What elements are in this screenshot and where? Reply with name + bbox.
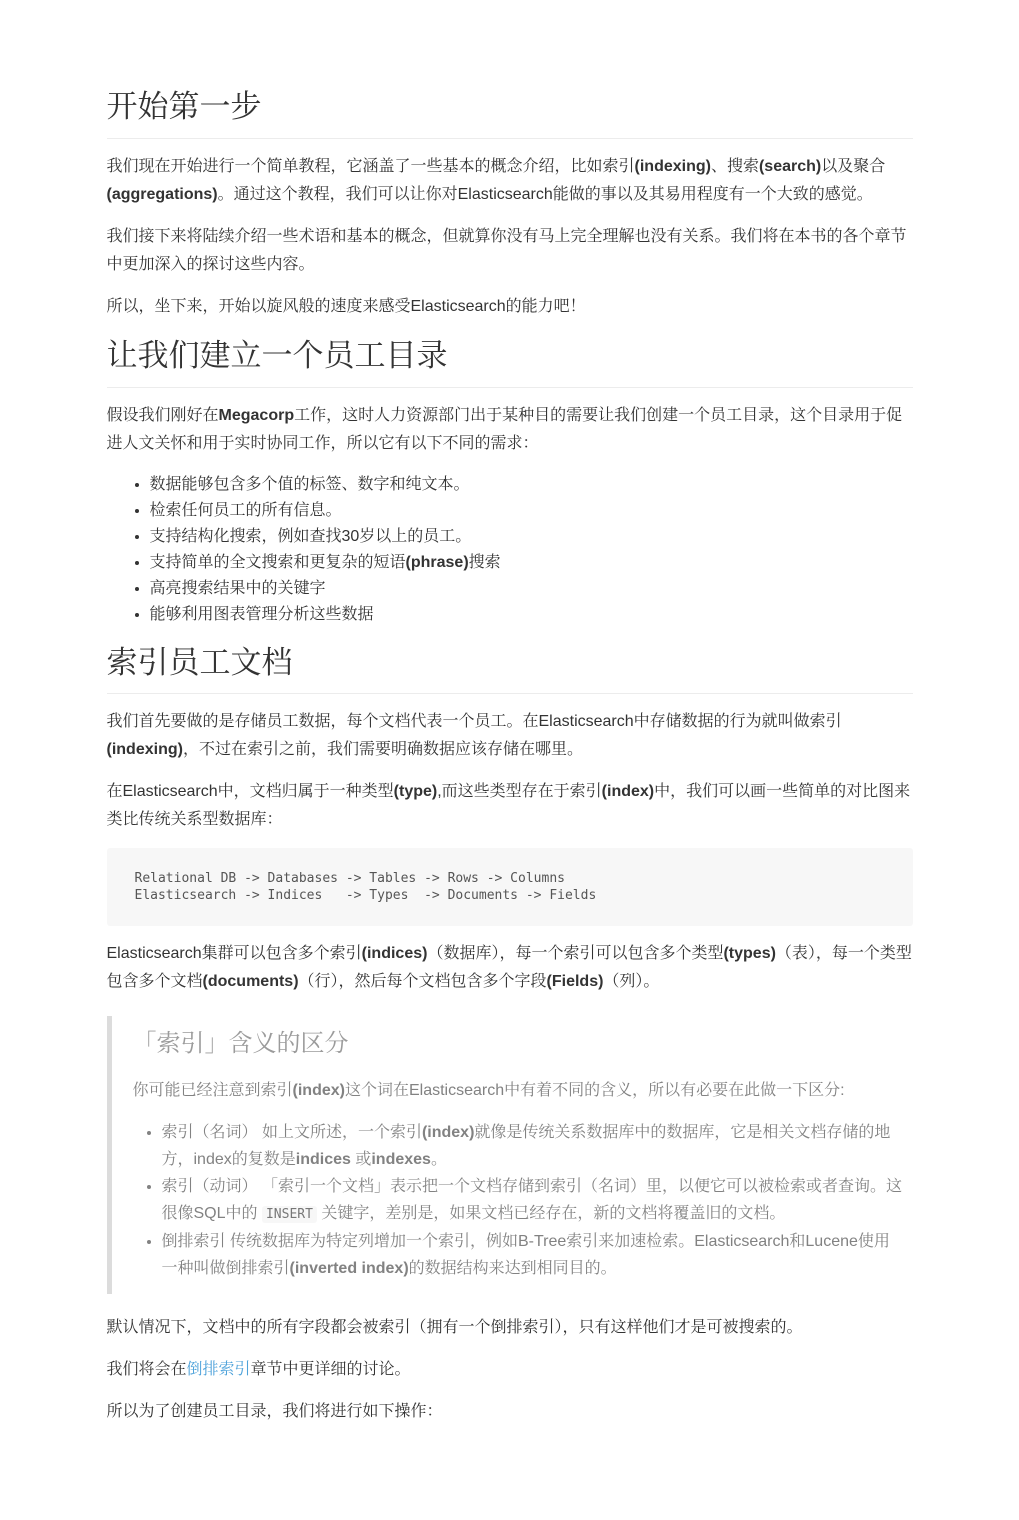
list-item: 能够利用图表管理分析这些数据 — [150, 602, 913, 628]
paragraph-store-employees: 我们首先要做的是存储员工数据，每个文档代表一个员工。在Elasticsearch… — [107, 708, 913, 764]
emphasis-text: (phrase) — [406, 554, 469, 571]
requirements-list: 数据能够包含多个值的标签、数字和纯文本。 检索任何员工的所有信息。 支持结构化搜… — [107, 472, 913, 628]
section-title-employee-directory: 让我们建立一个员工目录 — [107, 337, 913, 388]
section-title-indexing-documents: 索引员工文档 — [107, 644, 913, 695]
code-block: Relational DB -> Databases -> Tables -> … — [107, 848, 913, 926]
emphasis-text: (indexing) — [107, 741, 183, 758]
aside-list: 索引（名词） 如上文所述，一个索引(index)就像是传统关系数据库中的数据库，… — [133, 1119, 903, 1282]
inline-code: INSERT — [262, 1206, 317, 1223]
emphasis-text: (Fields) — [547, 973, 604, 990]
emphasis-text: (inverted index) — [290, 1260, 409, 1277]
emphasis-text: (indexing) — [635, 158, 711, 175]
paragraph-terms: 我们接下来将陆续介绍一些术语和基本的概念，但就算你没有马上完全理解也没有关系。我… — [107, 223, 913, 279]
paragraph-megacorp: 假设我们刚好在Megacorp工作，这时人力资源部门出于某种目的需要让我们创建一… — [107, 402, 913, 458]
emphasis-text: (index) — [422, 1124, 474, 1141]
emphasis-text: (documents) — [203, 973, 299, 990]
paragraph-sit-back: 所以，坐下来，开始以旋风般的速度来感受Elasticsearch的能力吧！ — [107, 293, 913, 321]
page-title: 开始第一步 — [107, 88, 913, 139]
list-item: 索引（动词） 「索引一个文档」表示把一个文档存储到索引（名词）里，以便它可以被检… — [162, 1173, 903, 1228]
emphasis-text: (indices) — [362, 945, 428, 962]
code-line: Elasticsearch -> Indices -> Types -> Doc… — [135, 887, 885, 904]
list-item: 索引（名词） 如上文所述，一个索引(index)就像是传统关系数据库中的数据库，… — [162, 1119, 903, 1173]
list-item: 检索任何员工的所有信息。 — [150, 498, 913, 524]
inverted-index-link[interactable]: 倒排索引 — [187, 1361, 251, 1378]
paragraph-types-indices: 在Elasticsearch中，文档归属于一种类型(type),而这些类型存在于… — [107, 778, 913, 834]
emphasis-text: (type) — [394, 783, 438, 800]
emphasis-text: (index) — [293, 1082, 345, 1099]
paragraph-default-indexed: 默认情况下，文档中的所有字段都会被索引（拥有一个倒排索引），只有这样他们才是可被… — [107, 1314, 913, 1342]
emphasis-text: (types) — [723, 945, 775, 962]
code-line: Relational DB -> Databases -> Tables -> … — [135, 870, 885, 887]
list-item: 高亮搜索结果中的关键字 — [150, 576, 913, 602]
paragraph-cluster: Elasticsearch集群可以包含多个索引(indices)（数据库），每一… — [107, 940, 913, 996]
emphasis-text: indexes — [371, 1151, 431, 1168]
paragraph-intro: 我们现在开始进行一个简单教程，它涵盖了一些基本的概念介绍，比如索引(indexi… — [107, 153, 913, 209]
list-item: 数据能够包含多个值的标签、数字和纯文本。 — [150, 472, 913, 498]
document-page: 开始第一步 我们现在开始进行一个简单教程，它涵盖了一些基本的概念介绍，比如索引(… — [107, 0, 913, 1520]
emphasis-text: (index) — [602, 783, 654, 800]
emphasis-text: Megacorp — [219, 407, 295, 424]
list-item: 支持结构化搜索，例如查找30岁以上的员工。 — [150, 524, 913, 550]
emphasis-text: indices — [296, 1151, 351, 1168]
emphasis-text: (aggregations) — [107, 186, 218, 203]
index-meaning-note: 「索引」含义的区分 你可能已经注意到索引(index)这个词在Elasticse… — [107, 1016, 913, 1294]
paragraph-next-steps: 所以为了创建员工目录，我们将进行如下操作： — [107, 1398, 913, 1426]
emphasis-text: (search) — [759, 158, 821, 175]
aside-paragraph: 你可能已经注意到索引(index)这个词在Elasticsearch中有着不同的… — [133, 1077, 903, 1105]
aside-title: 「索引」含义的区分 — [133, 1028, 903, 1059]
list-item: 支持简单的全文搜索和更复杂的短语(phrase)搜索 — [150, 550, 913, 576]
list-item: 倒排索引 传统数据库为特定列增加一个索引，例如B-Tree索引来加速检索。Ela… — [162, 1228, 903, 1282]
paragraph-chapter-link: 我们将会在倒排索引章节中更详细的讨论。 — [107, 1356, 913, 1384]
